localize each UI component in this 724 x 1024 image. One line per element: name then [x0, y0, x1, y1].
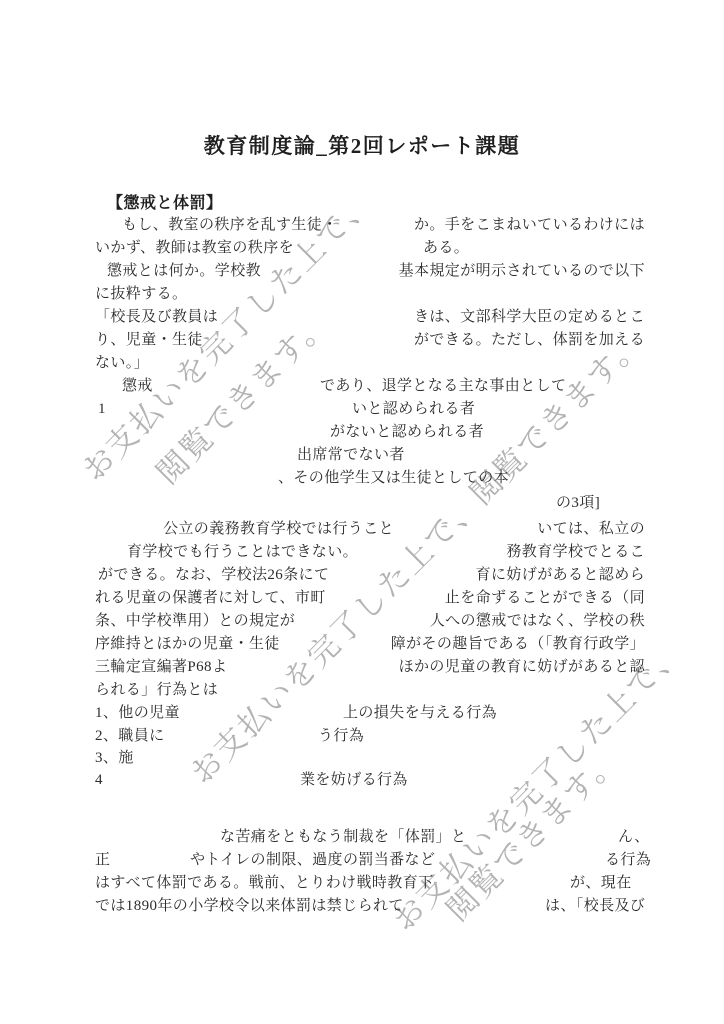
text-fragment: ほかの児童の教育に妨げがあると認 — [399, 658, 645, 677]
text-fragment: もし、教室の秩序を乱す生徒・ — [122, 216, 338, 235]
text-fragment: 3、施 — [95, 749, 134, 768]
document-page: お支払いを完了した上で、閲覧できます。お支払いを完了した上で、閲覧できます。お支… — [0, 0, 724, 1024]
text-fragment: がないと認められる者 — [330, 423, 484, 442]
text-fragment: る行為 — [605, 851, 651, 870]
text-fragment: ができる。ただし、体罰を加える — [414, 331, 645, 350]
text-fragment: 条、中学校準用）との規定が — [95, 612, 295, 631]
text-fragment: 上の損失を与える行為 — [343, 704, 497, 723]
text-fragment: きは、文部科学大臣の定めるとこ — [414, 308, 645, 327]
text-fragment: やトイレの制限、過度の罰当番など — [190, 851, 435, 870]
text-fragment: 公立の義務教育学校では行うこと — [163, 520, 394, 539]
text-fragment: 人への懲戒ではなく、学校の秩 — [430, 612, 645, 631]
text-fragment: 懲戒とは何か。学校教 — [107, 262, 261, 281]
text-fragment: 務教育学校でとるこ — [506, 543, 645, 562]
text-fragment: は、「校長及び — [545, 897, 645, 916]
text-fragment: 4 — [95, 771, 103, 790]
text-fragment: 1、他の児童 — [95, 704, 180, 723]
section-heading: 【懲戒と体罰】 — [107, 190, 223, 213]
text-fragment: 育に妨げがあると認めら — [476, 566, 645, 585]
text-fragment: り、児童・生徒 — [95, 331, 203, 350]
text-fragment: 序維持とほかの児童・生徒 — [95, 635, 280, 654]
text-fragment: な苦痛をともなう制裁を「体罰」と — [220, 828, 466, 847]
text-fragment: か。手をこまねいているわけには — [414, 216, 645, 235]
text-fragment: ない。」 — [95, 354, 149, 373]
text-fragment: 止を命ずることができる（同 — [445, 589, 645, 608]
text-fragment: ができる。なお、学校法26条にて — [98, 566, 329, 585]
text-fragment: であり、退学となる主な事由として — [320, 377, 566, 396]
text-fragment: 育学校でも行うことはできない。 — [127, 543, 358, 562]
text-fragment: 1 — [98, 400, 106, 419]
text-fragment: ん、 — [618, 828, 650, 847]
text-fragment: いと認められる者 — [352, 400, 475, 419]
text-fragment: れる児童の保護者に対して、市町 — [95, 589, 326, 608]
text-fragment: 正 — [95, 851, 110, 870]
text-fragment: られる」行為とは — [95, 681, 218, 700]
text-fragment: 三輪定宣編著P68よ — [95, 658, 227, 677]
text-fragment: では1890年の小学校令以来体罰は禁じられて — [95, 897, 404, 916]
page-title: 教育制度論_第2回レポート課題 — [0, 130, 724, 160]
text-fragment: 「校長及び教員は — [95, 308, 218, 327]
text-fragment: に抜粋する。 — [95, 285, 187, 304]
text-fragment: 2、職員に — [95, 727, 165, 746]
text-fragment: 基本規定が明示されているので以下 — [399, 262, 645, 281]
text-fragment: 業を妨げる行為 — [300, 771, 408, 790]
text-fragment: 障がその趣旨である（「教育行政学」 — [391, 635, 645, 654]
text-fragment: 、その他学生又は生徒としての本 — [278, 469, 509, 488]
text-fragment: いかず、教師は教室の秩序を — [95, 239, 294, 258]
text-fragment: いては、私立の — [537, 520, 645, 539]
text-fragment: はすべて体罰である。戦前、とりわけ戦時教育下 — [95, 874, 434, 893]
text-fragment: 懲戒 — [122, 377, 153, 396]
text-fragment: 出席常でない者 — [297, 446, 405, 465]
text-fragment: ある。 — [423, 239, 469, 258]
text-fragment: う行為 — [318, 727, 364, 746]
text-fragment: が、現在 — [570, 874, 632, 893]
text-fragment: の3項] — [556, 494, 600, 513]
